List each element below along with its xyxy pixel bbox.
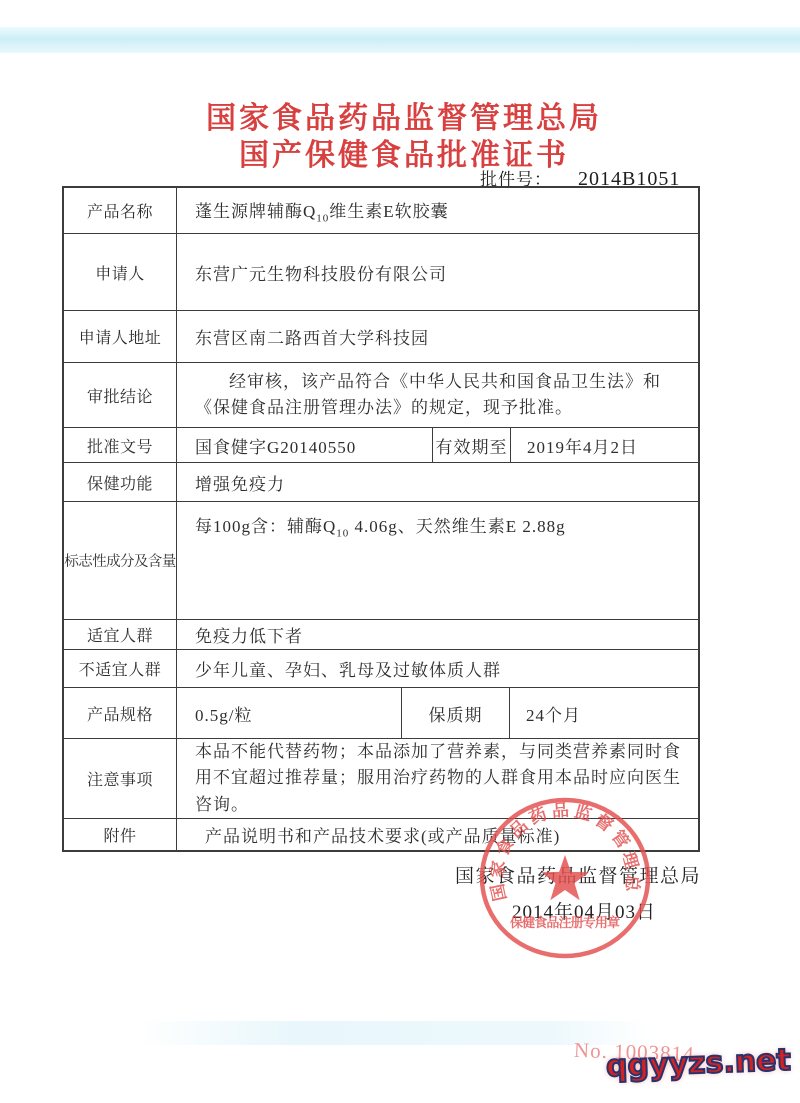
scan-artifact-top-band xyxy=(0,27,800,53)
approval-conclusion-value: 经审核，该产品符合《中华人民共和国食品卫生法》和 《保健食品注册管理办法》的规定… xyxy=(177,363,698,427)
table-row-spec: 产品规格 0.5g/粒 保质期 24个月 xyxy=(64,688,698,739)
issuing-authority-title: 国家食品药品监督管理总局 xyxy=(0,100,800,137)
ingredients-value: 每100g含：辅酶Q10 4.06g、天然维生素E 2.88g xyxy=(177,502,698,619)
row-label: 注意事项 xyxy=(64,739,177,818)
table-row-approval-conclusion: 审批结论 经审核，该产品符合《中华人民共和国食品卫生法》和 《保健食品注册管理办… xyxy=(64,363,698,428)
table-row-unsuitable-group: 不适宜人群 少年儿童、孕妇、乳母及过敏体质人群 xyxy=(64,650,698,688)
health-function-value: 增强免疫力 xyxy=(177,463,698,501)
product-name-value: 蓬生源牌辅酶Q10维生素E软胶囊 xyxy=(177,188,698,233)
table-row-product-name: 产品名称 蓬生源牌辅酶Q10维生素E软胶囊 xyxy=(64,188,698,234)
row-label: 产品规格 xyxy=(64,688,177,738)
seal-bottom-text: 保健食品注册专用章 xyxy=(510,915,620,931)
table-row-approval-number: 批准文号 国食健字G20140550 有效期至 2019年4月2日 xyxy=(64,428,698,463)
row-label: 标志性成分及含量 xyxy=(64,502,177,619)
table-row-applicant: 申请人 东营广元生物科技股份有限公司 xyxy=(64,234,698,311)
suitable-group-value: 免疫力低下者 xyxy=(177,620,698,649)
row-label: 批准文号 xyxy=(64,428,177,462)
table-row-suitable-group: 适宜人群 免疫力低下者 xyxy=(64,620,698,650)
table-row-health-function: 保健功能 增强免疫力 xyxy=(64,463,698,502)
unsuitable-group-value: 少年儿童、孕妇、乳母及过敏体质人群 xyxy=(177,650,698,687)
applicant-value: 东营广元生物科技股份有限公司 xyxy=(177,234,698,310)
approval-number-value: 国食健字G20140550 xyxy=(177,428,432,462)
shelf-life-value: 24个月 xyxy=(509,688,698,738)
site-watermark: qgyyzs.net xyxy=(605,1043,791,1084)
row-label: 申请人 xyxy=(64,234,177,310)
certificate-table: 产品名称 蓬生源牌辅酶Q10维生素E软胶囊 申请人 东营广元生物科技股份有限公司… xyxy=(62,186,700,852)
scanned-certificate-page: { "header": { "title_line1": "国家食品药品监督管理… xyxy=(0,0,800,1103)
row-label: 申请人地址 xyxy=(64,311,177,362)
row-label: 审批结论 xyxy=(64,363,177,427)
applicant-address-value: 东营区南二路西首大学科技园 xyxy=(177,311,698,362)
row-label: 产品名称 xyxy=(64,188,177,233)
seal-star-icon xyxy=(541,855,589,900)
official-seal: 国家食品药品监督管理总局 保健食品注册专用章 xyxy=(477,796,653,964)
spec-value: 0.5g/粒 xyxy=(177,688,401,738)
table-row-ingredients: 标志性成分及含量 每100g含：辅酶Q10 4.06g、天然维生素E 2.88g xyxy=(64,502,698,620)
row-label: 保健功能 xyxy=(64,463,177,501)
validity-label: 有效期至 xyxy=(432,428,510,462)
row-label: 附件 xyxy=(64,819,177,850)
row-label: 适宜人群 xyxy=(64,620,177,649)
row-label: 不适宜人群 xyxy=(64,650,177,687)
certificate-header: 国家食品药品监督管理总局 国产保健食品批准证书 xyxy=(0,100,800,174)
validity-value: 2019年4月2日 xyxy=(510,428,698,462)
table-row-applicant-address: 申请人地址 东营区南二路西首大学科技园 xyxy=(64,311,698,363)
shelf-life-label: 保质期 xyxy=(401,688,509,738)
